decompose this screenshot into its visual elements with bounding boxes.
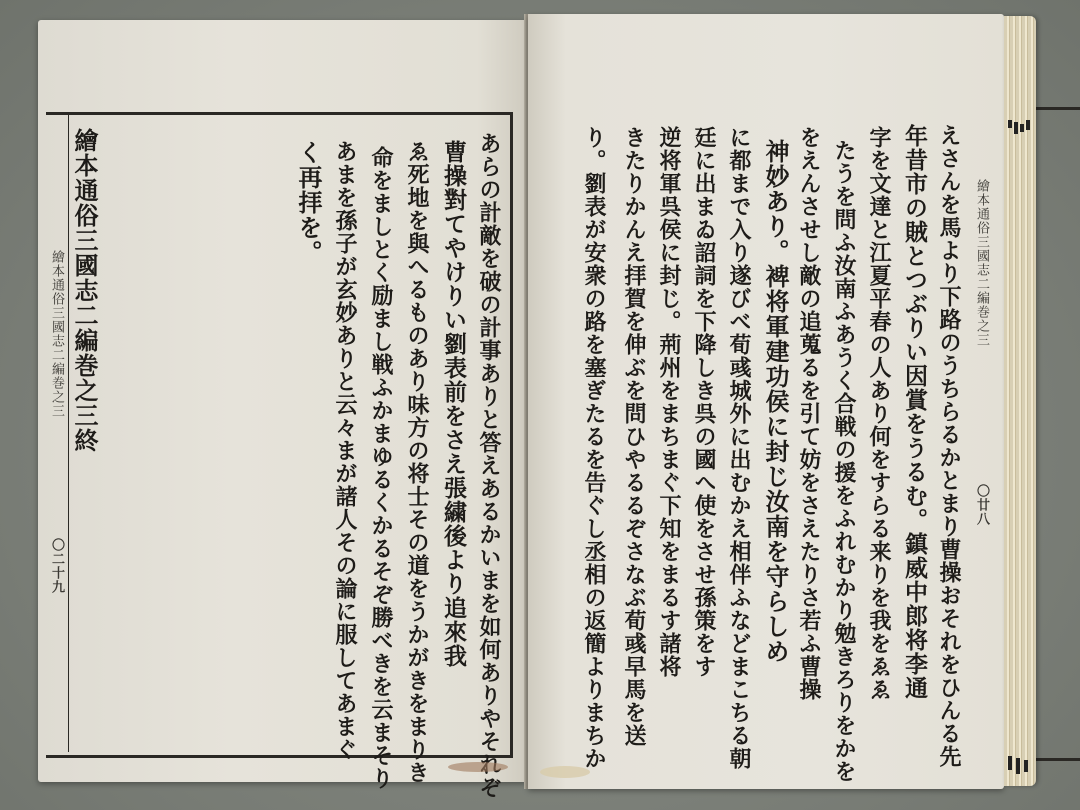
text-column: 年昔市の賊とつぶりい因賞をうるむ。鎮威中郎将李通	[903, 124, 926, 700]
text-column: きたりかんえ拝賀を伸ぶを問ひやるるぞさなぶ荀彧早馬を送	[623, 126, 645, 747]
text-column: に都まで入り遂びべ荀彧城外に出むかえ相伴ふなどまこちる朝	[728, 126, 750, 770]
left-margin-title: 繪本通俗三國志二編巻之三	[50, 250, 63, 418]
left-margin-column	[46, 112, 69, 752]
text-column: あまを孫子が玄妙ありと云々まが諸人その論に服してあまぐ	[334, 140, 356, 761]
text-column: たうを問ふ汝南ふあうく合戦の援をふれむかり勉きろりをかを	[833, 139, 855, 783]
open-book: 繪本通俗三國志二編巻之三 〇二十九 繪本通俗三國志二編巻之三終 あらの計敵を破の…	[38, 14, 1038, 789]
right-page: 繪本通俗三國志二編巻之三 〇廿八 えさんを馬より下路のうちらるかとまり曹操おそれ…	[528, 14, 1004, 789]
right-page-number: 〇廿八	[975, 484, 988, 526]
text-column: をえんさせし敵の追蒐るを引て妨をさえたりさ若ふ曹操	[798, 126, 820, 701]
left-page: 繪本通俗三國志二編巻之三 〇二十九 繪本通俗三國志二編巻之三終 あらの計敵を破の…	[38, 20, 526, 782]
left-page-number: 〇二十九	[50, 538, 63, 594]
text-column: 命をましとく励まし戦ふかまゆるくかるそぞ勝べきを云まそり	[370, 146, 392, 790]
paper-damage	[540, 766, 590, 778]
text-column: あらの計敵を破の計事ありと答えあるかいまを如何ありやそれぞ	[478, 132, 500, 799]
text-column: えさんを馬より下路のうちらるかとまり曹操おそれをひんる先	[938, 124, 960, 768]
text-column: 廷に出まゐ詔詞を下降しき呉の國へ使をさせ孫策をす	[693, 126, 715, 678]
text-column: 逆将軍呉侯に封じ。荊州をまちまぐ下知をまるす諸将	[658, 126, 680, 678]
text-column: 神妙あり。裨将軍建功侯に封じ汝南を守らしめ	[763, 139, 787, 664]
page-edges	[1004, 16, 1036, 786]
text-column: 字を文達と江夏平春の人あり何をすらる来りを我をゑゑ	[868, 126, 890, 701]
text-column: り。劉表が安衆の路を塞ぎたるを告ぐし丞相の返簡よりまちか	[583, 126, 605, 770]
paper-damage	[448, 762, 508, 772]
text-column: 曹操對てやけりい劉表前をさえ張繍後より追來我	[442, 140, 465, 668]
text-column: く再拝を。	[296, 140, 320, 265]
colophon: 繪本通俗三國志二編巻之三終	[72, 128, 96, 453]
text-column: ゑ死地を與へるものあり味方の将士その道をうかがきをまりき	[406, 140, 428, 784]
right-margin-title: 繪本通俗三國志二編巻之三	[975, 179, 988, 347]
